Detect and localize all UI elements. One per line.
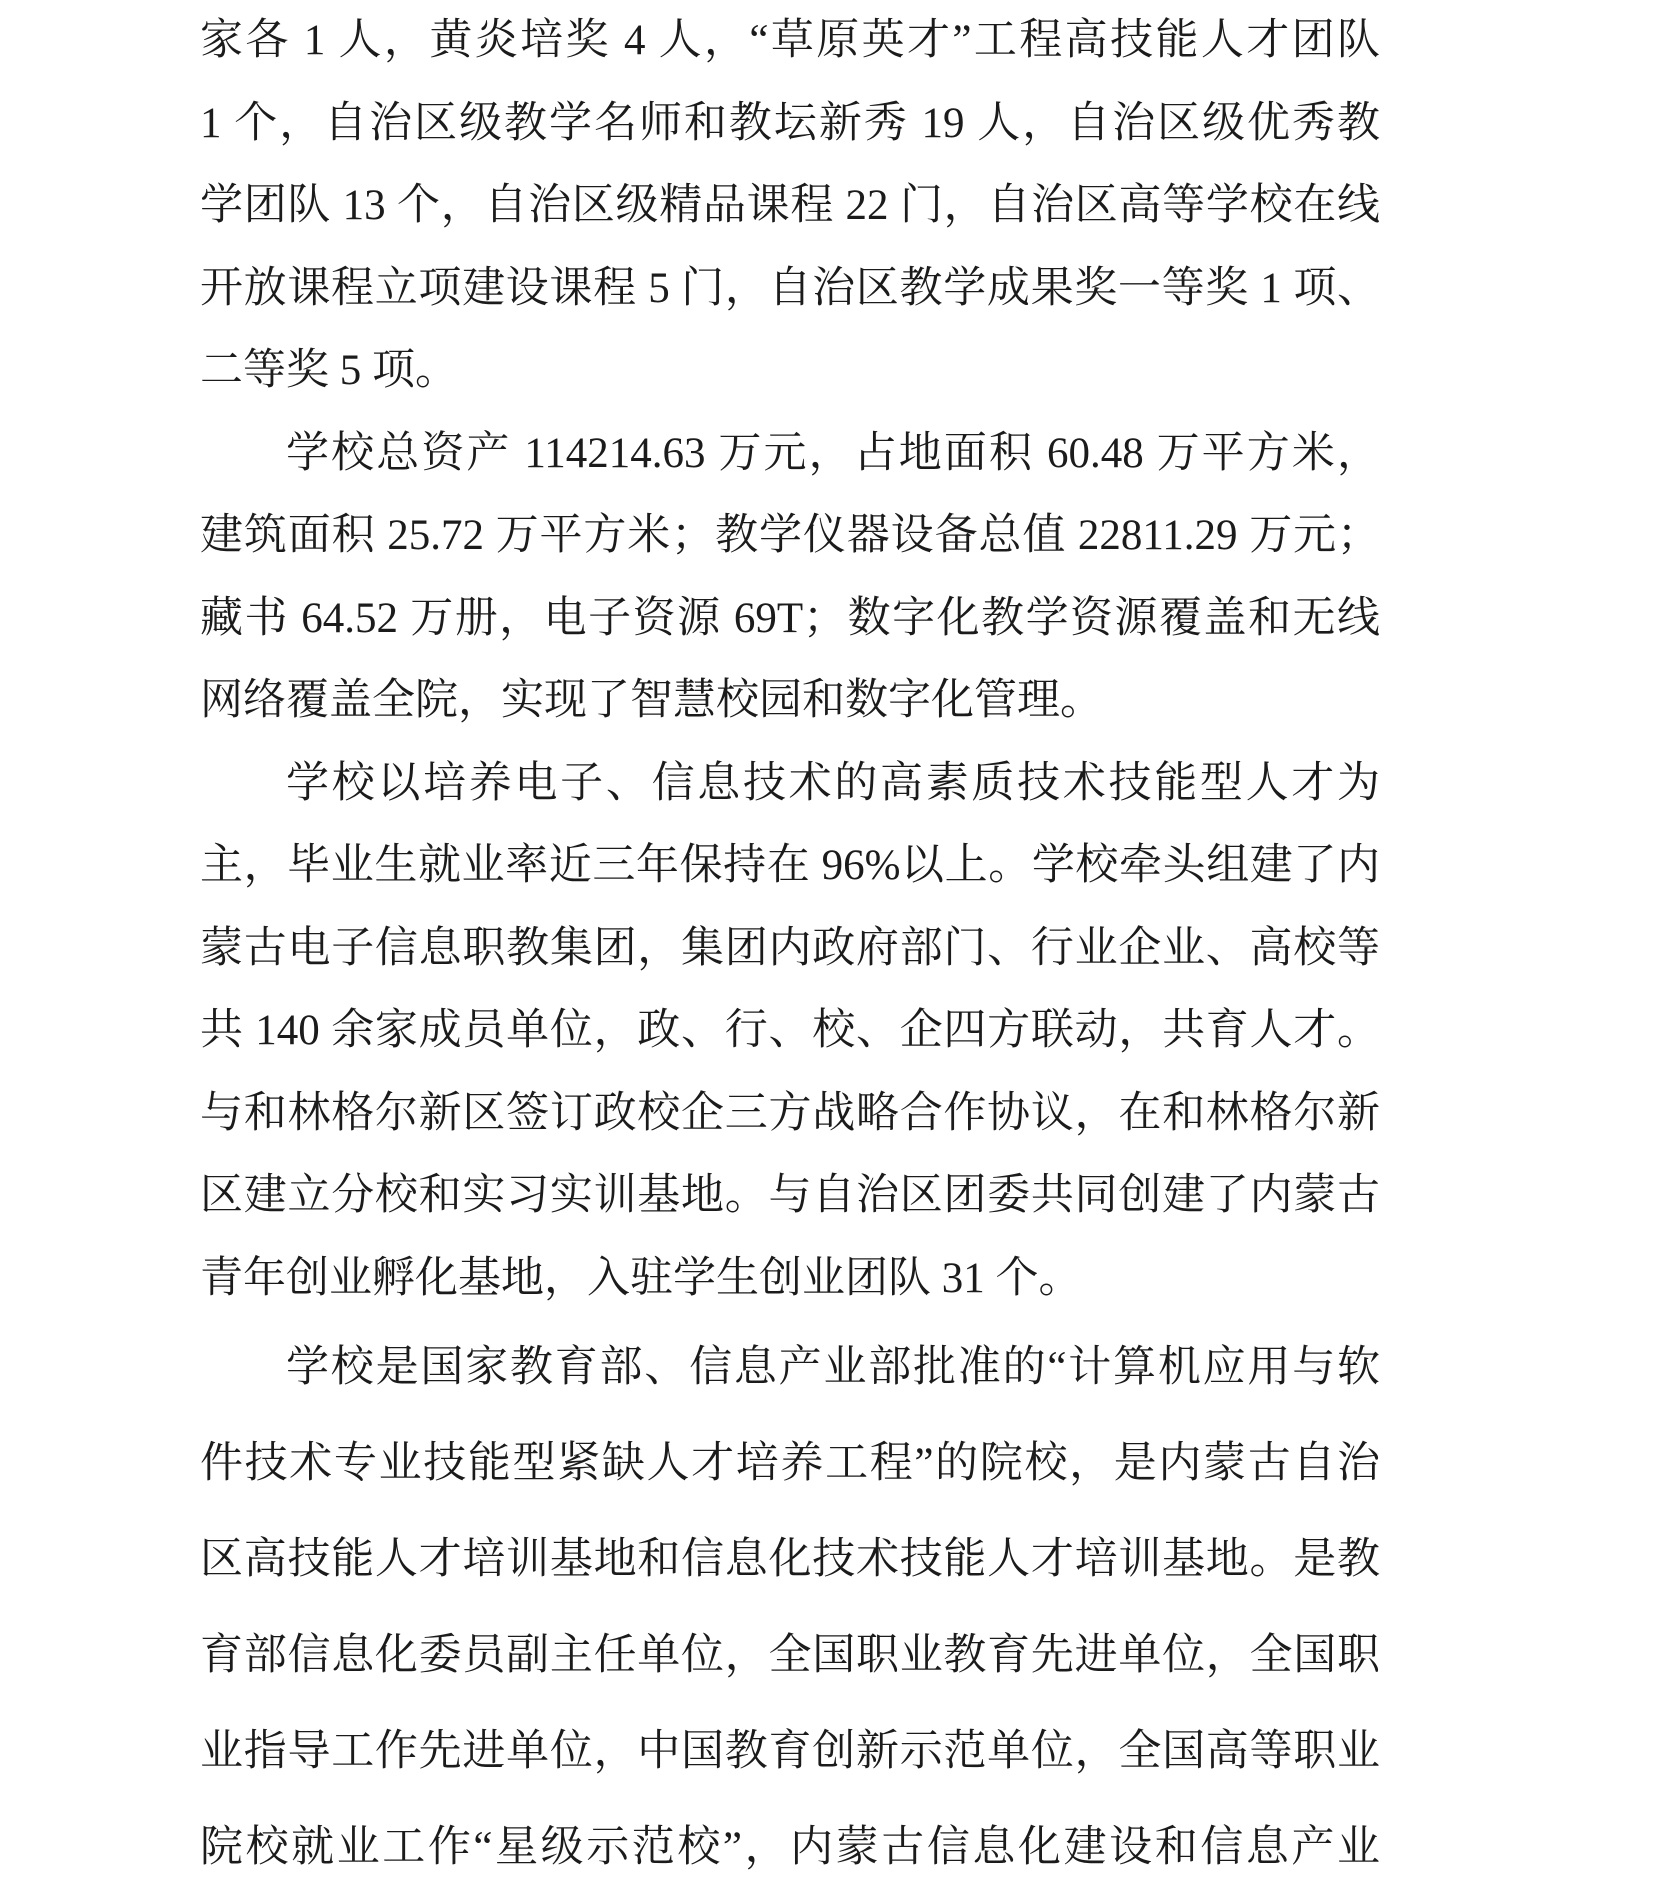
text-line: 件技术专业技能型紧缺人才培养工程”的院校，是内蒙古自治 [200,1416,1380,1512]
text-line: 开放课程立项建设课程 5 门，自治区教学成果奖一等奖 1 项、 [200,248,1380,331]
text-line: 区建立分校和实习实训基地。与自治区团委共同创建了内蒙古 [200,1155,1380,1238]
text-line: 藏书 64.52 万册，电子资源 69T；数字化教学资源覆盖和无线 [200,578,1380,661]
text-line: 共 140 余家成员单位，政、行、校、企四方联动，共育人才。 [200,990,1380,1073]
text-line: 蒙古电子信息职教集团，集团内政府部门、行业企业、高校等 [200,908,1380,991]
paragraph-awards-continued: 家各 1 人，黄炎培奖 4 人，“草原英才”工程高技能人才团队 1 个，自治区级… [200,0,1380,413]
text-line: 学团队 13 个，自治区级精品课程 22 门，自治区高等学校在线 [200,165,1380,248]
text-line: 主，毕业生就业率近三年保持在 96%以上。学校牵头组建了内 [200,825,1380,908]
text-line: 二等奖 5 项。 [200,330,1380,413]
paragraph-talent-cultivation: 学校以培养电子、信息技术的高素质技术技能型人才为 主，毕业生就业率近三年保持在 … [200,743,1380,1321]
text-line: 区高技能人才培训基地和信息化技术技能人才培训基地。是教 [200,1512,1380,1608]
text-line: 学校是国家教育部、信息产业部批准的“计算机应用与软 [200,1320,1380,1416]
text-line: 网络覆盖全院，实现了智慧校园和数字化管理。 [200,660,1380,743]
text-line: 1 个，自治区级教学名师和教坛新秀 19 人，自治区级优秀教 [200,83,1380,166]
paragraph-assets: 学校总资产 114214.63 万元，占地面积 60.48 万平方米， 建筑面积… [200,413,1380,743]
document-page: 家各 1 人，黄炎培奖 4 人，“草原英才”工程高技能人才团队 1 个，自治区级… [0,0,1654,1895]
text-line: 家各 1 人，黄炎培奖 4 人，“草原英才”工程高技能人才团队 [200,0,1380,83]
text-line: 学校总资产 114214.63 万元，占地面积 60.48 万平方米， [200,413,1380,496]
text-line: 青年创业孵化基地，入驻学生创业团队 31 个。 [200,1238,1380,1321]
paragraph-honors: 学校是国家教育部、信息产业部批准的“计算机应用与软 件技术专业技能型紧缺人才培养… [200,1320,1380,1895]
text-line: 与和林格尔新区签订政校企三方战略合作协议，在和林格尔新 [200,1073,1380,1156]
text-line: 育部信息化委员副主任单位，全国职业教育先进单位，全国职 [200,1608,1380,1704]
text-line: 学校以培养电子、信息技术的高素质技术技能型人才为 [200,743,1380,826]
text-line: 建筑面积 25.72 万平方米；教学仪器设备总值 22811.29 万元； [200,495,1380,578]
text-line: 业指导工作先进单位，中国教育创新示范单位，全国高等职业 [200,1704,1380,1800]
text-line: 院校就业工作“星级示范校”，内蒙古信息化建设和信息产业 [200,1800,1380,1895]
